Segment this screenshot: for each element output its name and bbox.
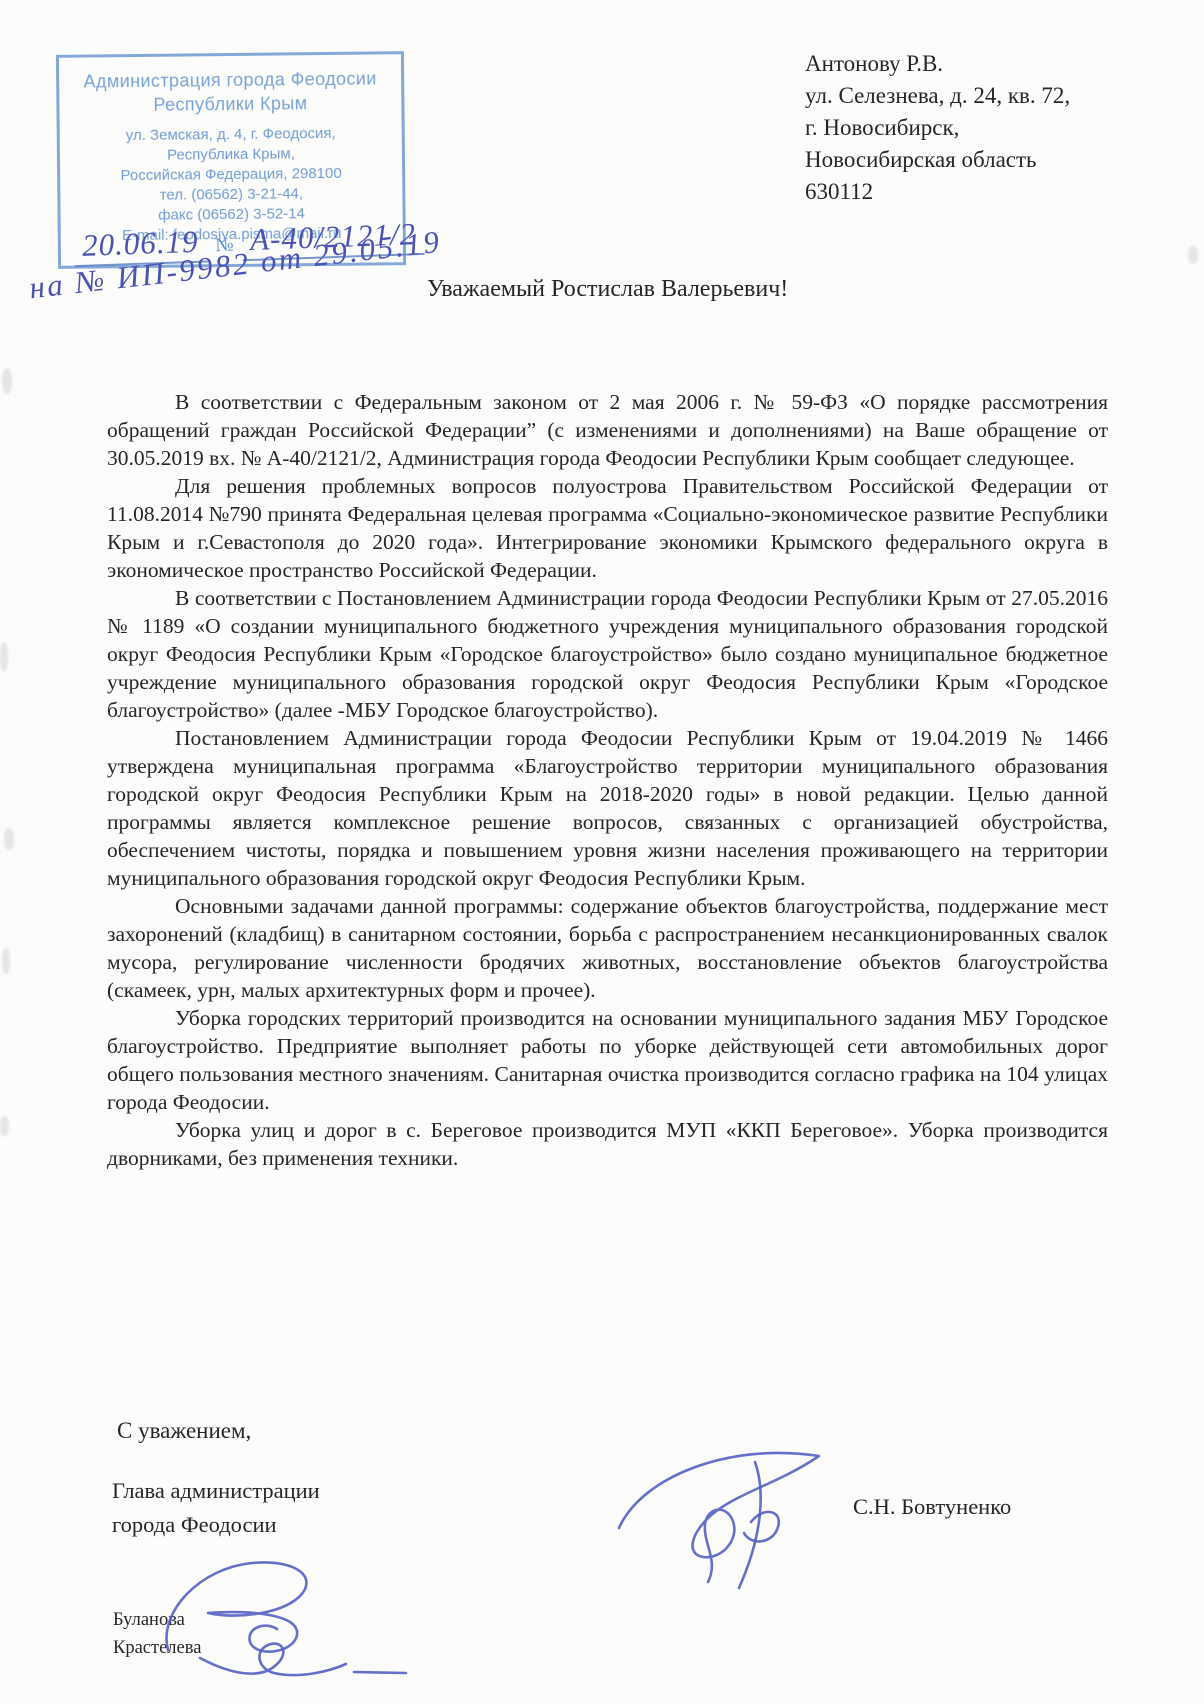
recipient-address-block: Антонову Р.В. ул. Селезнева, д. 24, кв. … (805, 48, 1070, 208)
closing-respect: С уважением, (117, 1418, 251, 1444)
scan-smudge (0, 642, 8, 672)
recipient-region: Новосибирская область (805, 144, 1070, 176)
paragraph: Основными задачами данной программы: сод… (107, 892, 1108, 1004)
scan-smudge (0, 1116, 9, 1136)
scan-smudge (1188, 246, 1198, 264)
letter-body: В соответствии с Федеральным законом от … (107, 388, 1108, 1172)
recipient-street: ул. Селезнева, д. 24, кв. 72, (805, 80, 1070, 112)
recipient-city: г. Новосибирск, (805, 112, 1070, 144)
scan-smudge (2, 368, 12, 394)
paragraph: В соответствии с Федеральным законом от … (107, 388, 1108, 472)
signer-position-block: Глава администрации города Феодосии (112, 1474, 320, 1542)
recipient-name: Антонову Р.В. (805, 48, 1070, 80)
scan-smudge (4, 828, 14, 850)
scanned-letter-page: Администрация города Феодосии Республики… (0, 0, 1204, 1704)
stamp-org-line1: Администрация города Феодосии (59, 66, 401, 94)
signer-name: С.Н. Бовтуненко (853, 1494, 1011, 1520)
salutation: Уважаемый Ростислав Валерьевич! (427, 276, 788, 303)
executor-signature-scribble (138, 1552, 468, 1697)
paragraph: В соответствии с Постановлением Админист… (107, 584, 1108, 724)
head-signature-scribble (605, 1432, 855, 1607)
paragraph: Уборка городских территорий производится… (107, 1004, 1108, 1116)
signer-position-line1: Глава администрации (112, 1474, 320, 1508)
paragraph: Для решения проблемных вопросов полуостр… (107, 472, 1108, 584)
recipient-postcode: 630112 (805, 176, 1070, 208)
paragraph: Постановлением Администрации города Феод… (107, 724, 1108, 892)
scan-smudge (2, 948, 10, 974)
signer-position-line2: города Феодосии (112, 1508, 320, 1542)
paragraph: Уборка улиц и дорог в с. Береговое произ… (107, 1116, 1108, 1172)
stamp-org-line2: Республики Крым (59, 90, 401, 118)
